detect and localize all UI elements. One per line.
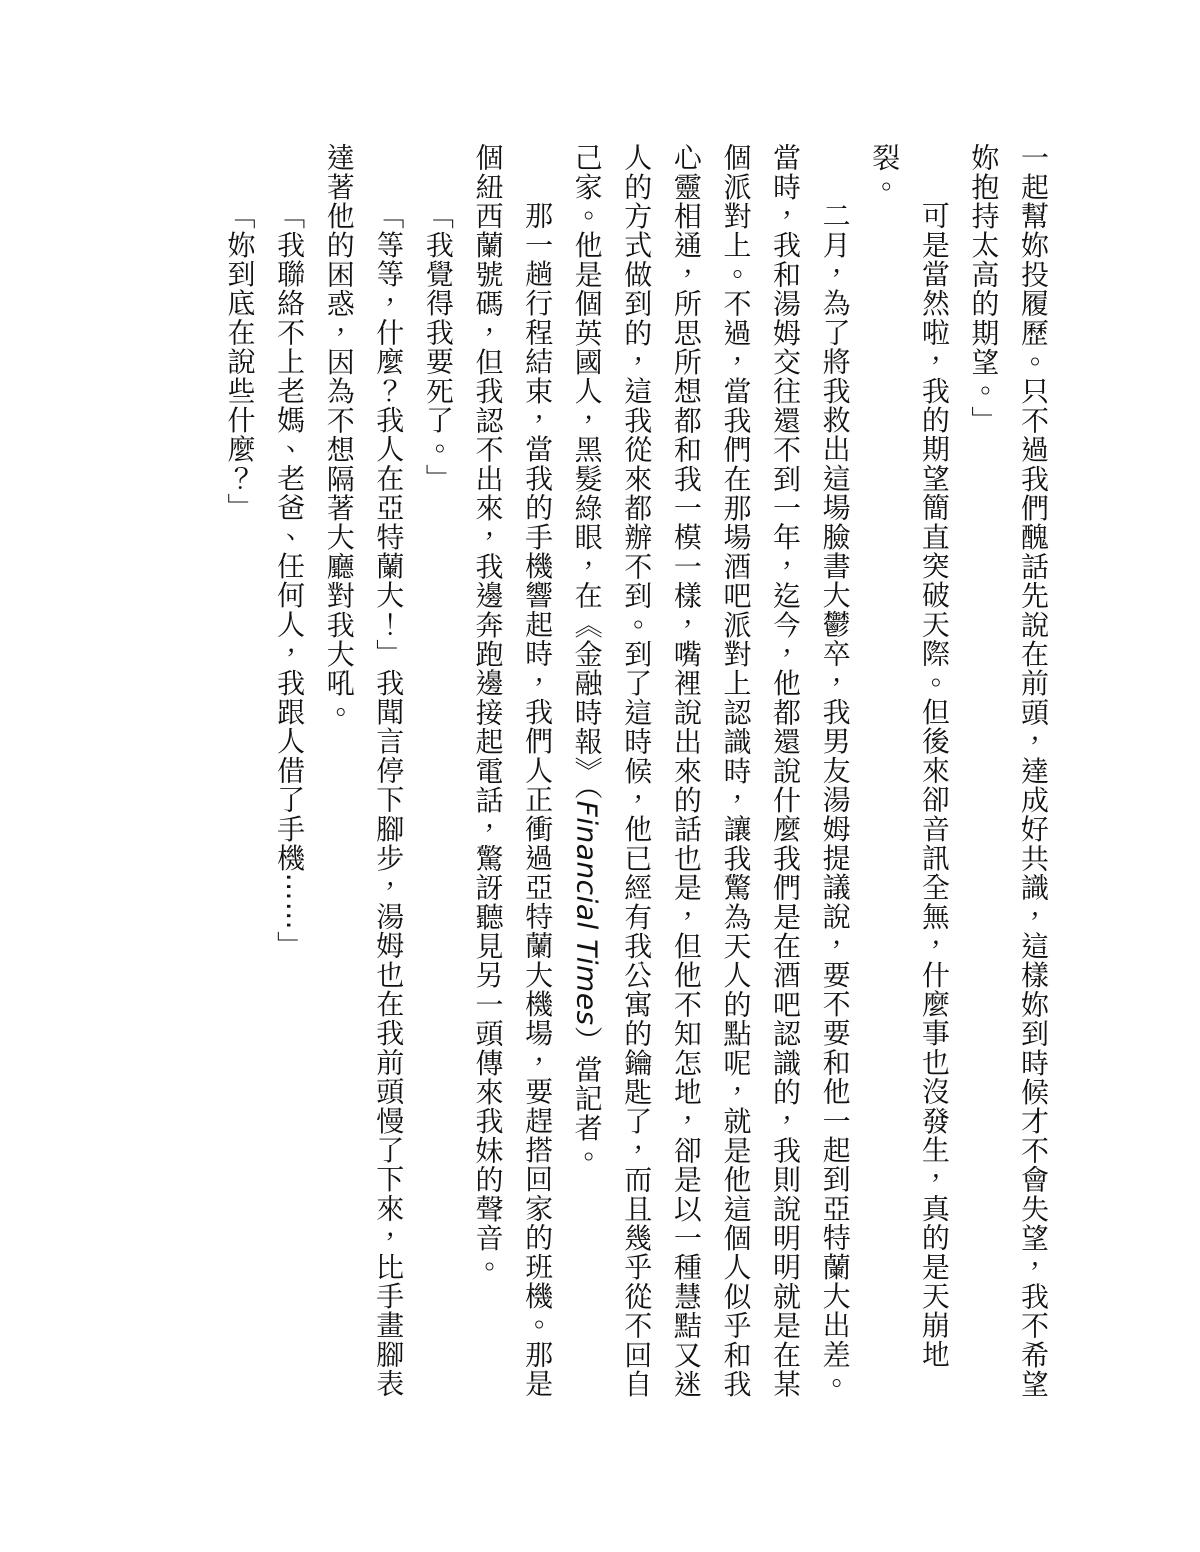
- text-column: 人的方式做到的，這我從來都辦不到。到了這時候，他已經有我公寓的鑰匙了，而且幾乎從…: [612, 143, 662, 1409]
- text-column: 「等等，什麼？我人在亞特蘭大！」我聞言停下腳步，湯姆也在我前頭慢了下來，比手畫腳…: [364, 143, 414, 1409]
- text-column: 妳抱持太高的期望。」: [959, 143, 1009, 1409]
- text-run: 「等等，什麼？我人在亞特蘭大！」我聞言停下腳步，湯姆也在我前頭慢了下來，比手畫腳…: [372, 201, 405, 1398]
- text-column: 「我覺得我要死了。」: [413, 143, 463, 1409]
- text-run: 達著他的困惑，因為不想隔著大廳對我大吼。: [323, 143, 356, 727]
- text-column: 那一趟行程結束，當我的手機響起時，我們人正衝過亞特蘭大機場，要趕搭回家的班機。那…: [512, 143, 562, 1409]
- text-run: ）當記者。: [571, 1026, 604, 1172]
- text-column: 一起幫妳投履歷。只不過我們醜話先說在前頭，達成好共識，這樣妳到時候才不會失望，我…: [1008, 143, 1058, 1409]
- text-run: 人的方式做到的，這我從來都辦不到。到了這時候，他已經有我公寓的鑰匙了，而且幾乎從…: [620, 143, 653, 1399]
- text-column: 心靈相通，所思所想都和我一模一樣，嘴裡說出來的話也是，但他不知怎地，卻是以一種慧…: [661, 143, 711, 1409]
- text-run: 己家。他是個英國人，黑髮綠眼，在《金融時報》（: [571, 143, 604, 801]
- text-run: 當時，我和湯姆交往還不到一年，迄今，他都還說什麼我們是在酒吧認識的，我則說明明就…: [769, 143, 802, 1399]
- text-run: 妳抱持太高的期望。」: [967, 143, 1000, 435]
- text-column: 「妳到底在說些什麼？」: [215, 143, 265, 1409]
- text-run: 裂。: [868, 143, 901, 201]
- text-run: 「我覺得我要死了。」: [422, 201, 455, 493]
- page-text-block: 一起幫妳投履歷。只不過我們醜話先說在前頭，達成好共識，這樣妳到時候才不會失望，我…: [215, 143, 1058, 1409]
- text-column: 個派對上。不過，當我們在那場酒吧派對上認識時，讓我驚為天人的點呢，就是他這個人似…: [711, 143, 761, 1409]
- text-column: 達著他的困惑，因為不想隔著大廳對我大吼。: [314, 143, 364, 1409]
- text-run: 「我聯絡不上老媽、老爸、任何人，我跟人借了手機⋯⋯」: [273, 201, 306, 960]
- text-run: 心靈相通，所思所想都和我一模一樣，嘴裡說出來的話也是，但他不知怎地，卻是以一種慧…: [670, 143, 703, 1399]
- text-column: 「我聯絡不上老媽、老爸、任何人，我跟人借了手機⋯⋯」: [265, 143, 315, 1409]
- book-page: 一起幫妳投履歷。只不過我們醜話先說在前頭，達成好共識，這樣妳到時候才不會失望，我…: [0, 0, 1200, 1552]
- text-column: 己家。他是個英國人，黑髮綠眼，在《金融時報》（Financial Times）當…: [562, 143, 612, 1409]
- text-run: 個派對上。不過，當我們在那場酒吧派對上認識時，讓我驚為天人的點呢，就是他這個人似…: [719, 143, 752, 1399]
- text-column: 裂。: [860, 143, 910, 1409]
- text-column: 二月，為了將我救出這場臉書大鬱卒，我男友湯姆提議說，要不要和他一起到亞特蘭大出差…: [810, 143, 860, 1409]
- text-run: 一起幫妳投履歷。只不過我們醜話先說在前頭，達成好共識，這樣妳到時候才不會失望，我…: [1017, 143, 1050, 1399]
- text-run: 個紐西蘭號碼，但我認不出來，我邊奔跑邊接起電話，驚訝聽見另一頭傳來我妹的聲音。: [471, 143, 504, 1282]
- text-column: 可是當然啦，我的期望簡直突破天際。但後來卻音訊全無，什麼事也沒發生，真的是天崩地: [909, 143, 959, 1409]
- text-run: 「妳到底在說些什麼？」: [224, 201, 257, 522]
- latin-italic-run: Financial Times: [571, 801, 604, 1026]
- text-column: 當時，我和湯姆交往還不到一年，迄今，他都還說什麼我們是在酒吧認識的，我則說明明就…: [760, 143, 810, 1409]
- text-column: 個紐西蘭號碼，但我認不出來，我邊奔跑邊接起電話，驚訝聽見另一頭傳來我妹的聲音。: [463, 143, 513, 1409]
- text-run: 可是當然啦，我的期望簡直突破天際。但後來卻音訊全無，什麼事也沒發生，真的是天崩地: [918, 201, 951, 1369]
- text-run: 那一趟行程結束，當我的手機響起時，我們人正衝過亞特蘭大機場，要趕搭回家的班機。那…: [521, 201, 554, 1398]
- text-run: 二月，為了將我救出這場臉書大鬱卒，我男友湯姆提議說，要不要和他一起到亞特蘭大出差…: [819, 201, 852, 1398]
